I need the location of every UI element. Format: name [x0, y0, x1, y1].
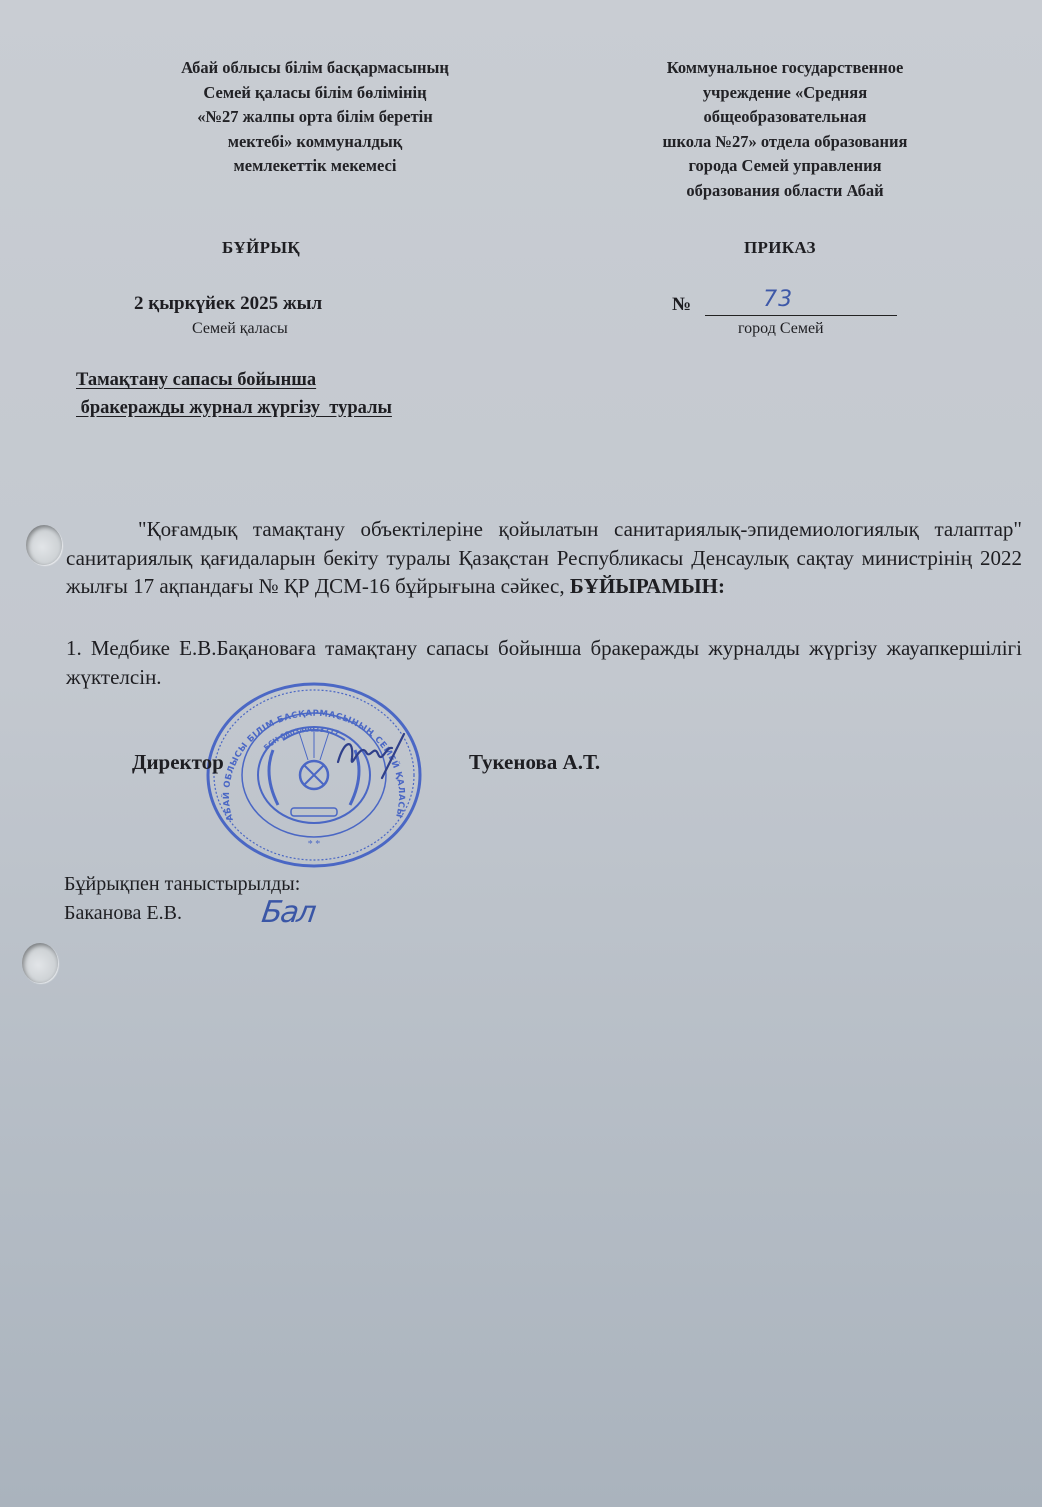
svg-text:* *: * * — [308, 839, 321, 850]
header-ru-line: общеобразовательная — [600, 105, 970, 130]
number-label: № — [672, 294, 691, 316]
header-kz-line: Семей қаласы білім бөлімінің — [110, 81, 520, 106]
preamble-paragraph: "Қоғамдық тамақтану объектілеріне қойыла… — [66, 515, 1022, 601]
handwritten-number: 73 — [763, 287, 793, 312]
directive-text: БҰЙЫРАМЫН: — [570, 574, 725, 598]
director-signature — [330, 722, 410, 792]
signatory-name: Тукенова А.Т. — [469, 750, 600, 775]
subject-line-2: бракеражды журнал жүргізу туралы — [76, 398, 392, 419]
punch-hole-icon — [26, 525, 62, 565]
document-type-kazakh: БҰЙРЫҚ — [222, 238, 300, 258]
header-ru-line: школа №27» отдела образования — [600, 130, 970, 155]
header-ru-line: учреждение «Средняя — [600, 81, 970, 106]
header-russian: Коммунальное государственное учреждение … — [600, 56, 970, 203]
header-kz-line: Абай облысы білім басқармасының — [110, 56, 520, 81]
header-kazakh: Абай облысы білім басқармасының Семей қа… — [110, 56, 520, 179]
header-ru-line: Коммунальное государственное — [600, 56, 970, 81]
header-kz-line: мемлекеттік мекемесі — [110, 154, 520, 179]
acknowledged-person: Баканова Е.В. — [64, 902, 182, 925]
preamble-text: "Қоғамдық тамақтану объектілеріне қойыла… — [66, 517, 1022, 598]
header-ru-line: образования области Абай — [600, 179, 970, 204]
header-kz-line: «№27 жалпы орта білім беретін — [110, 105, 520, 130]
signature-title: Директор — [132, 750, 224, 775]
city-kazakh: Семей қаласы — [192, 320, 288, 338]
header-kz-line: мектебі» коммуналдық — [110, 130, 520, 155]
order-number: № 73 — [672, 293, 897, 316]
acknowledgement-signature: Бал — [260, 895, 317, 930]
punch-hole-icon — [22, 943, 58, 983]
number-field: 73 — [705, 293, 897, 316]
acknowledgement-label: Бұйрықпен таныстырылды: — [64, 873, 300, 896]
order-date: 2 қыркүйек 2025 жыл — [134, 293, 322, 315]
subject-line-1: Тамақтану сапасы бойынша — [76, 370, 316, 391]
header-ru-line: города Семей управления — [600, 154, 970, 179]
document-type-russian: ПРИКАЗ — [744, 238, 816, 258]
city-russian: город Семей — [738, 320, 824, 338]
